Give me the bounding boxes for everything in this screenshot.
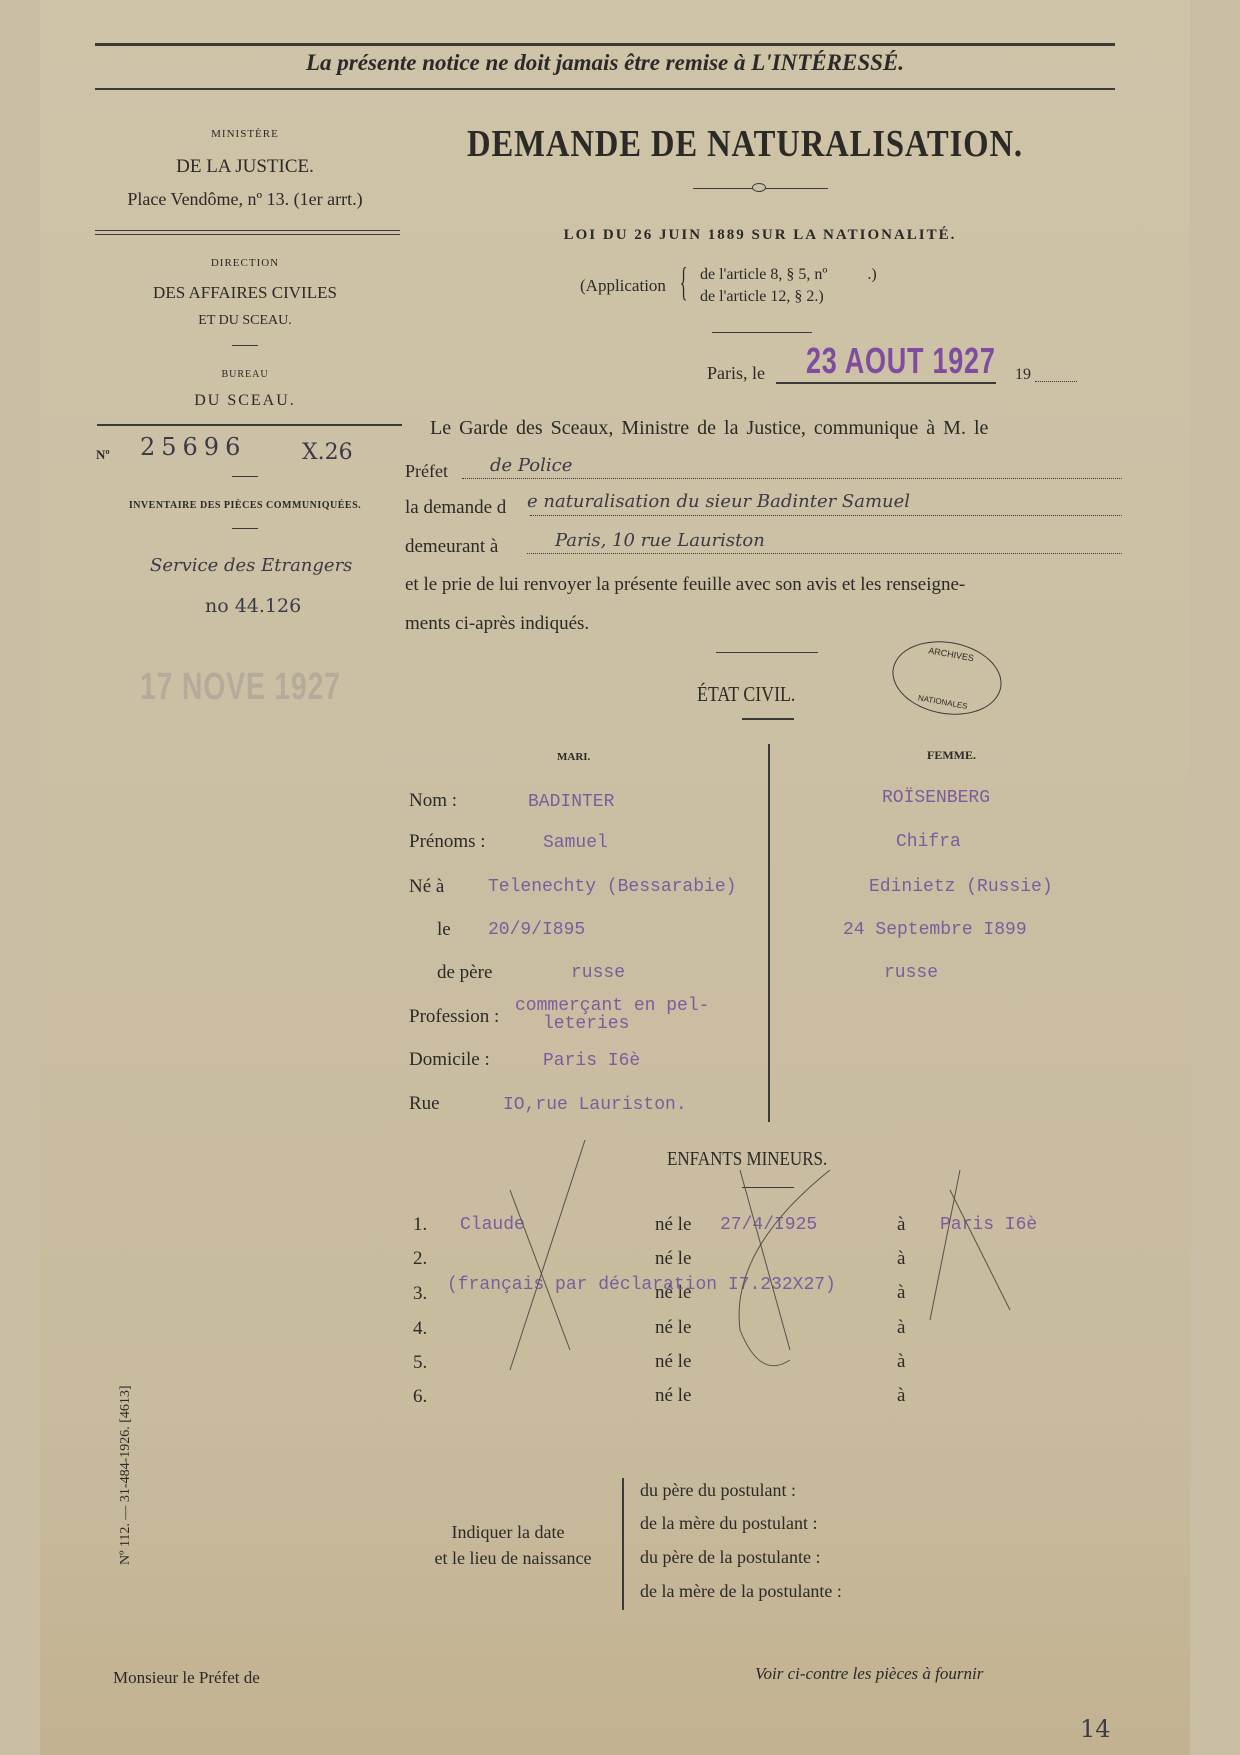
document-title: DEMANDE DE NATURALISATION. [453, 122, 1038, 166]
demande-value: e naturalisation du sieur Badinter Samue… [527, 491, 910, 512]
etat-civil-title: ÉTAT CIVIL. [697, 682, 795, 707]
footer-prefet: Monsieur le Préfet de [113, 1668, 260, 1688]
label-nom: Nom : [409, 790, 457, 812]
date-stamp: 23 AOUT 1927 [806, 340, 996, 382]
dossier-ref: X.26 [302, 440, 353, 465]
mari-header: MARI. [557, 751, 590, 763]
enfant-6-num: 6. [413, 1386, 427, 1408]
closing-line-1: et le prie de lui renvoyer la présente f… [405, 574, 965, 596]
demeurant-line [527, 553, 1122, 554]
left-short-rule [232, 345, 258, 346]
femme-nationalite-pere: russe [884, 963, 938, 983]
application-brace: { [680, 262, 688, 302]
demande-line [530, 515, 1122, 516]
header-notice: La présente notice ne doit jamais être r… [95, 50, 1115, 76]
application-label: (Application [580, 276, 666, 296]
application-rule [712, 332, 812, 333]
page-number: 14 [1080, 1715, 1111, 1743]
left-rule-1 [95, 230, 400, 231]
title-ornament [752, 183, 766, 192]
footer-pieces-note: Voir ci-contre les pièces à fournir [755, 1664, 983, 1684]
enfant-1-num: 1. [413, 1214, 427, 1236]
label-de-pere: de père [437, 962, 492, 984]
inventory-title: INVENTAIRE DES PIÈCES COMMUNIQUÉES. [90, 500, 400, 511]
inventory-rule-bottom [232, 528, 258, 529]
enfant-2-num: 2. [413, 1248, 427, 1270]
mari-profession-1: commerçant en pel- [515, 996, 709, 1016]
header-rule-top [95, 43, 1115, 46]
mari-lieu-naissance: Telenechty (Bessarabie) [488, 877, 736, 897]
intro-text: Le Garde des Sceaux, Ministre de la Just… [430, 417, 988, 440]
enfant-4-num: 4. [413, 1318, 427, 1340]
inventory-entry-2: no 44.126 [205, 595, 301, 617]
print-reference: Nº 112. — 31-484-1926. [4613] [118, 1385, 134, 1565]
parents-item-mere-postulant: de la mère du postulant : [640, 1513, 817, 1534]
column-divider [768, 744, 770, 1122]
demande-label: la demande d [405, 497, 506, 519]
mari-nom: BADINTER [528, 792, 614, 812]
demeurant-label: demeurant à [405, 536, 498, 558]
etat-civil-rule-bottom [742, 718, 794, 720]
date-suffix: 19 [1015, 366, 1031, 384]
ministry-address: Place Vendôme, nº 13. (1er arrt.) [90, 189, 400, 210]
label-profession: Profession : [409, 1006, 499, 1028]
label-prenoms: Prénoms : [409, 831, 486, 853]
parents-item-pere-postulant: du père du postulant : [640, 1480, 796, 1501]
ministry-small: MINISTÈRE [90, 128, 400, 140]
prefet-line [462, 478, 1122, 479]
femme-prenoms: Chifra [896, 832, 961, 852]
femme-date-naissance: 24 Septembre I899 [843, 920, 1027, 940]
left-rule-2 [95, 234, 400, 235]
law-reference: LOI DU 26 JUIN 1889 SUR LA NATIONALITÉ. [500, 227, 1020, 244]
inventory-entry-1: Service des Etrangers [150, 555, 352, 576]
bureau-name: DU SCEAU. [90, 392, 400, 410]
prefet-value: de Police [490, 455, 572, 476]
application-article-8: de l'article 8, § 5, nº .) [700, 266, 877, 284]
mari-prenoms: Samuel [543, 833, 608, 853]
etat-civil-rule-top [716, 652, 818, 653]
label-le: le [437, 919, 451, 941]
enfant-3-num: 3. [413, 1283, 427, 1305]
direction-small: DIRECTION [90, 257, 400, 269]
parents-brace [622, 1478, 624, 1610]
demeurant-value: Paris, 10 rue Lauriston [555, 530, 765, 551]
inventory-rule-top [232, 476, 258, 477]
direction-name: DES AFFAIRES CIVILES [90, 283, 400, 303]
mari-nationalite-pere: russe [571, 963, 625, 983]
label-rue: Rue [409, 1093, 440, 1115]
parents-label-1: Indiquer la date [418, 1522, 598, 1543]
mari-profession-2: leteries [543, 1014, 629, 1034]
parents-item-mere-postulante: de la mère de la postulante : [640, 1581, 842, 1602]
pencil-cross-marks [490, 1130, 1090, 1390]
mari-rue: IO,rue Lauriston. [503, 1095, 687, 1115]
header-rule-bottom [95, 88, 1115, 90]
date-prefix: Paris, le [707, 363, 765, 384]
bureau-small: BUREAU [90, 369, 400, 380]
parents-item-pere-postulante: du père de la postulante : [640, 1547, 820, 1568]
application-article-12: de l'article 12, § 2.) [700, 288, 824, 306]
closing-line-2: ments ci-après indiqués. [405, 613, 589, 635]
femme-header: FEMME. [927, 748, 976, 763]
year-line [1035, 381, 1077, 382]
number-label: Nº [96, 447, 110, 463]
femme-nom: ROÏSENBERG [882, 788, 990, 808]
enfant-5-num: 5. [413, 1352, 427, 1374]
mari-domicile: Paris I6è [543, 1051, 640, 1071]
left-wavy-rule [97, 424, 402, 426]
direction-sub: ET DU SCEAU. [90, 313, 400, 329]
label-ne-a: Né à [409, 876, 444, 898]
dossier-number: 25696 [140, 433, 246, 461]
ministry-name: DE LA JUSTICE. [90, 156, 400, 178]
femme-lieu-naissance: Edinietz (Russie) [869, 877, 1053, 897]
date-line [776, 382, 996, 384]
mari-date-naissance: 20/9/I895 [488, 920, 585, 940]
parents-label-2: et le lieu de naissance [408, 1548, 618, 1569]
label-domicile: Domicile : [409, 1049, 490, 1071]
prefet-label: Préfet [405, 461, 448, 482]
received-date-stamp: 17 NOVE 1927 [140, 666, 341, 709]
